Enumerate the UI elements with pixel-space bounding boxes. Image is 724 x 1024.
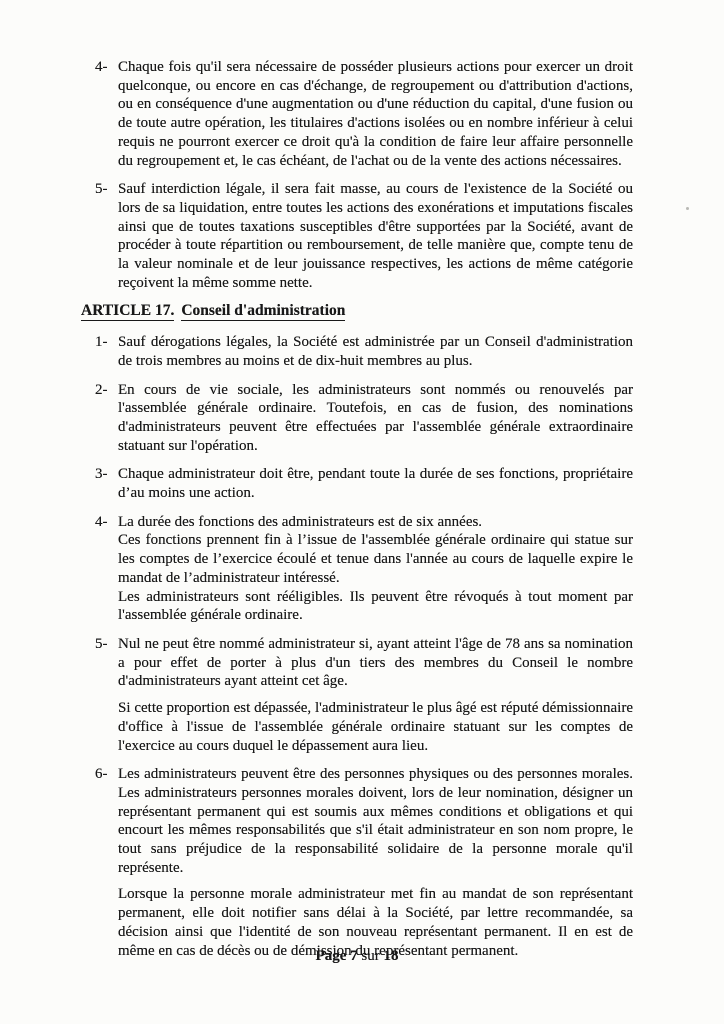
list-item-top-4: 4- Chaque fois qu'il sera nécessaire de … — [81, 58, 633, 170]
item-number: 4- — [81, 58, 118, 170]
paragraph: Si cette proportion est dépassée, l'admi… — [118, 699, 633, 755]
list-item-6: 6- Les administrateurs peuvent être des … — [81, 765, 633, 960]
paragraph: Chaque administrateur doit être, pendant… — [118, 465, 633, 502]
article-title: Conseil d'administration — [181, 302, 345, 321]
paragraph: La durée des fonctions des administrateu… — [118, 513, 633, 532]
article-17-heading: ARTICLE 17.Conseil d'administration — [81, 302, 633, 321]
list-item-3: 3- Chaque administrateur doit être, pend… — [81, 465, 633, 502]
paragraph: Les administrateurs sont rééligibles. Il… — [118, 588, 633, 625]
footer-word-page: Page — [316, 948, 347, 964]
item-number: 6- — [81, 765, 118, 960]
page-number-footer: Page 7 sur 18 — [81, 948, 633, 965]
item-body: Chaque fois qu'il sera nécessaire de pos… — [118, 58, 633, 170]
page-content: 4- Chaque fois qu'il sera nécessaire de … — [81, 58, 633, 970]
list-item-4: 4- La durée des fonctions des administra… — [81, 513, 633, 625]
list-item-2: 2- En cours de vie sociale, les administ… — [81, 381, 633, 456]
item-number: 5- — [81, 180, 118, 292]
paragraph: Ces fonctions prennent fin à l’issue de … — [118, 531, 633, 587]
item-body: Les administrateurs peuvent être des per… — [118, 765, 633, 960]
list-item-1: 1- Sauf dérogations légales, la Société … — [81, 333, 633, 370]
item-number: 4- — [81, 513, 118, 625]
item-body: En cours de vie sociale, les administrat… — [118, 381, 633, 456]
list-item-top-5: 5- Sauf interdiction légale, il sera fai… — [81, 180, 633, 292]
paragraph: Nul ne peut être nommé administrateur si… — [118, 635, 633, 691]
item-number: 3- — [81, 465, 118, 502]
scan-speck — [686, 207, 689, 210]
item-body: Chaque administrateur doit être, pendant… — [118, 465, 633, 502]
paragraph: Les administrateurs peuvent être des per… — [118, 765, 633, 877]
item-number: 5- — [81, 635, 118, 755]
list-item-5: 5- Nul ne peut être nommé administrateur… — [81, 635, 633, 755]
paragraph: Sauf interdiction légale, il sera fait m… — [118, 180, 633, 292]
item-number: 1- — [81, 333, 118, 370]
footer-total-pages: 18 — [383, 948, 398, 964]
item-body: Nul ne peut être nommé administrateur si… — [118, 635, 633, 755]
item-body: Sauf interdiction légale, il sera fait m… — [118, 180, 633, 292]
footer-current-page: 7 — [350, 948, 358, 964]
paragraph: En cours de vie sociale, les administrat… — [118, 381, 633, 456]
paragraph: Sauf dérogations légales, la Société est… — [118, 333, 633, 370]
document-page: 4- Chaque fois qu'il sera nécessaire de … — [0, 0, 724, 1024]
article-number: ARTICLE 17. — [81, 302, 174, 321]
paragraph: Chaque fois qu'il sera nécessaire de pos… — [118, 58, 633, 170]
footer-word-sur: sur — [361, 948, 379, 964]
item-body: Sauf dérogations légales, la Société est… — [118, 333, 633, 370]
item-number: 2- — [81, 381, 118, 456]
item-body: La durée des fonctions des administrateu… — [118, 513, 633, 625]
